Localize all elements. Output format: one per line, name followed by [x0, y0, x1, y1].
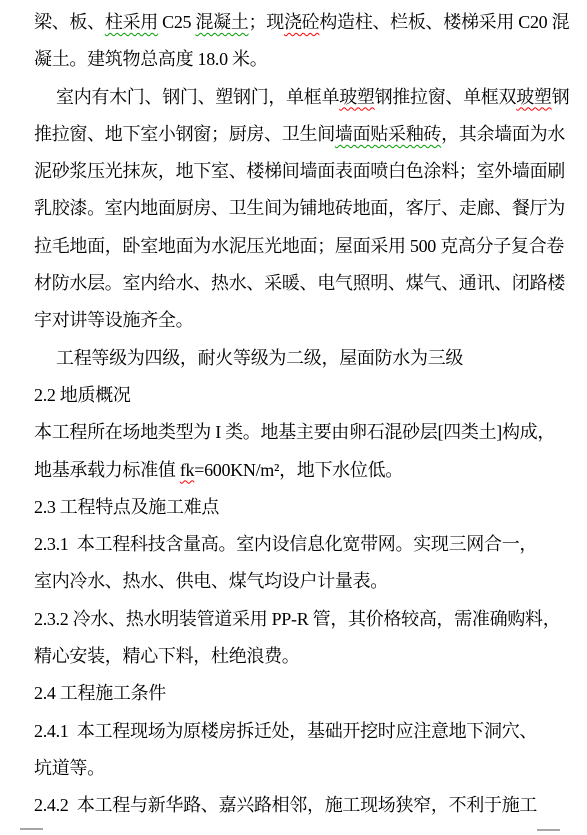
text-segment: 泥砂浆压光抹灰，地下室、楼梯间墙面表面喷白色涂料；室外墙面刷 — [34, 161, 565, 181]
grammar-error-text: 柱采用 — [105, 12, 158, 32]
text-line: 乳胶漆。室内地面厨房、卫生间为铺地砖地面，客厅、走廊、餐厅为 — [34, 190, 564, 227]
text-line: 2.3 工程特点及施工难点 — [34, 489, 564, 526]
text-line: 2.2 地质概况 — [34, 377, 564, 414]
text-line: 材防水层。室内给水、热水、采暖、电气照明、煤气、通讯、闭路楼 — [34, 265, 564, 302]
text-line: 2.4.2 本工程与新华路、嘉兴路相邻，施工现场狭窄，不利于施工 — [34, 787, 564, 824]
spelling-error-text: 玻塑 — [339, 87, 374, 107]
text-segment: 推拉窗、地下室小钢窗；厨房、卫生间 — [34, 124, 335, 144]
text-segment: 构造柱、栏板、楼梯采用 C20 混 — [319, 12, 569, 32]
text-line: 2.3.1 本工程科技含量高。室内设信息化宽带网。实现三网合一， — [34, 526, 564, 563]
text-line: 工程等级为四级，耐火等级为二级，屋面防水为三级 — [34, 340, 564, 377]
text-segment: 乳胶漆。室内地面厨房、卫生间为铺地砖地面，客厅、走廊、餐厅为 — [34, 198, 565, 218]
text-segment: 本工程所在场地类型为 I 类。地基主要由卵石混砂层[四类土]构成， — [34, 422, 555, 442]
text-line: 室内有木门、钢门、塑钢门，单框单玻塑钢推拉窗、单框双玻塑钢 — [34, 79, 564, 116]
text-line: 坑道等。 — [34, 750, 564, 787]
text-line: 2.4 工程施工条件 — [34, 675, 564, 712]
text-segment: 2.4.1 本工程现场为原楼房拆迁处，基础开挖时应注意地下洞穴、 — [34, 721, 537, 741]
text-segment: 材防水层。室内给水、热水、采暖、电气照明、煤气、通讯、闭路楼 — [34, 273, 565, 293]
text-line: 地基承载力标准值 fk=600KN/m²，地下水位低。 — [34, 452, 564, 489]
text-segment: 地基承载力标准值 — [34, 460, 180, 480]
text-segment: 坑道等。 — [34, 758, 105, 778]
text-line: 2.4.1 本工程现场为原楼房拆迁处，基础开挖时应注意地下洞穴、 — [34, 713, 564, 750]
text-segment: 2.3 工程特点及施工难点 — [34, 497, 219, 517]
text-segment: 2.2 地质概况 — [34, 385, 131, 405]
spelling-error-text: 浇砼 — [284, 12, 319, 32]
bottom-right-margin-mark — [537, 829, 560, 831]
text-segment: 室内冷水、热水、供电、煤气均设户计量表。 — [34, 571, 388, 591]
text-segment: 精心安装，精心下料，杜绝浪费。 — [34, 646, 300, 666]
text-line: 梁、板、柱采用 C25 混凝土；现浇砼构造柱、栏板、楼梯采用 C20 混 — [34, 4, 564, 41]
spelling-error-text: 玻塑 — [516, 87, 551, 107]
text-segment: C25 — [158, 12, 196, 32]
text-line: 宇对讲等设施齐全。 — [34, 302, 564, 339]
text-segment: 工程等级为四级，耐火等级为二级，屋面防水为三级 — [56, 348, 463, 368]
text-line: 泥砂浆压光抹灰，地下室、楼梯间墙面表面喷白色涂料；室外墙面刷 — [34, 153, 564, 190]
text-segment: 2.3.1 本工程科技含量高。室内设信息化宽带网。实现三网合一， — [34, 534, 537, 554]
text-line: 2.3.2 冷水、热水明装管道采用 PP-R 管，其价格较高，需准确购料， — [34, 601, 564, 638]
text-segment: 2.4.2 本工程与新华路、嘉兴路相邻，施工现场狭窄，不利于施工 — [34, 795, 537, 815]
spelling-error-text: fk — [180, 460, 194, 480]
text-line: 本工程所在场地类型为 I 类。地基主要由卵石混砂层[四类土]构成， — [34, 414, 564, 451]
text-segment: 凝土。建筑物总高度 18.0 米。 — [34, 49, 267, 69]
text-segment: 拉毛地面，卧室地面为水泥压光地面；屋面采用 500 克高分子复合卷 — [34, 236, 564, 256]
text-segment: 2.3.2 冷水、热水明装管道采用 PP-R 管，其价格较高，需准确购料， — [34, 609, 560, 629]
text-line: 拉毛地面，卧室地面为水泥压光地面；屋面采用 500 克高分子复合卷 — [34, 228, 564, 265]
text-segment: 梁、板、 — [34, 12, 105, 32]
text-segment: 2.4 工程施工条件 — [34, 683, 166, 703]
grammar-error-text: 墙面贴采釉砖 — [335, 124, 441, 144]
text-segment: ；现 — [249, 12, 284, 32]
bottom-left-margin-mark — [20, 828, 43, 830]
text-segment: 宇对讲等设施齐全。 — [34, 310, 193, 330]
document-body[interactable]: 梁、板、柱采用 C25 混凝土；现浇砼构造柱、栏板、楼梯采用 C20 混凝土。建… — [34, 4, 564, 825]
text-line: 精心安装，精心下料，杜绝浪费。 — [34, 638, 564, 675]
text-line: 推拉窗、地下室小钢窗；厨房、卫生间墙面贴采釉砖，其余墙面为水 — [34, 116, 564, 153]
text-segment: =600KN/m²，地下水位低。 — [194, 460, 403, 480]
grammar-error-text: 混凝土 — [195, 12, 248, 32]
text-segment: 钢 — [552, 87, 570, 107]
text-segment: 钢推拉窗、单框双 — [375, 87, 517, 107]
text-segment: 室内有木门、钢门、塑钢门，单框单 — [56, 87, 339, 107]
document-page: 梁、板、柱采用 C25 混凝土；现浇砼构造柱、栏板、楼梯采用 C20 混凝土。建… — [0, 0, 587, 835]
text-segment: ，其余墙面为水 — [441, 124, 565, 144]
text-line: 凝土。建筑物总高度 18.0 米。 — [34, 41, 564, 78]
text-line: 室内冷水、热水、供电、煤气均设户计量表。 — [34, 563, 564, 600]
